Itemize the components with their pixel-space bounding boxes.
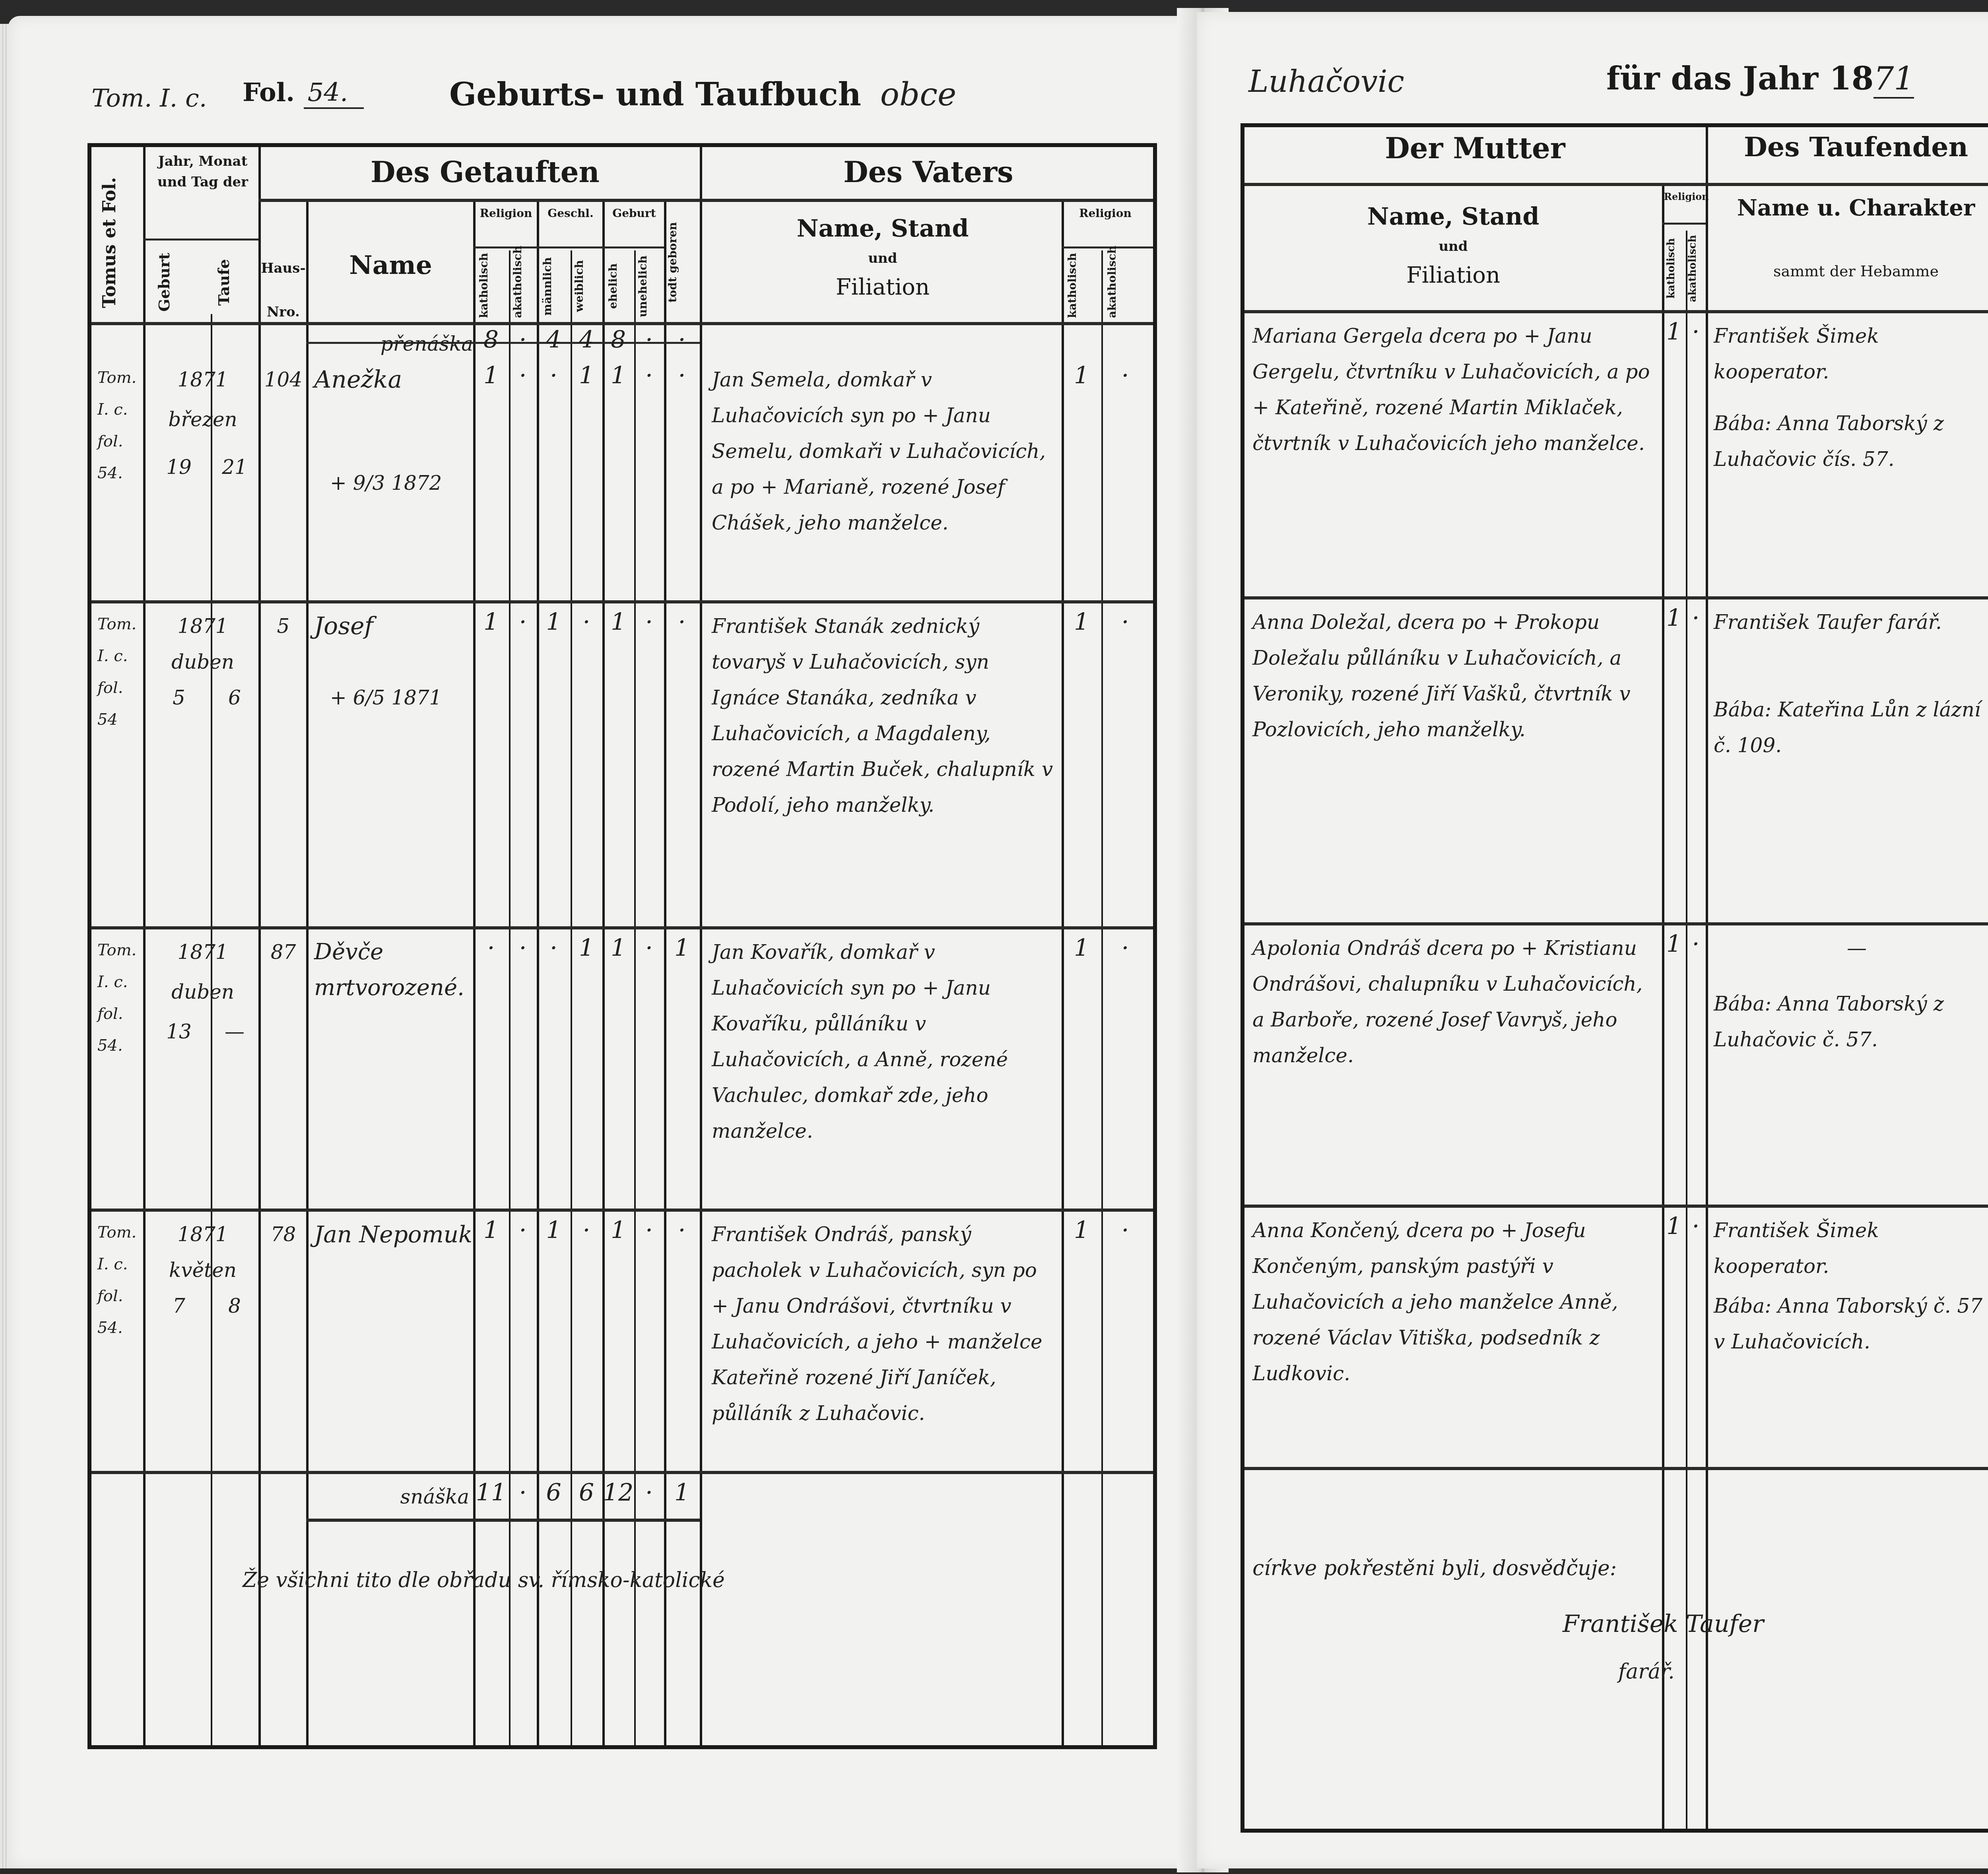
entry-weiblich: · bbox=[571, 608, 602, 636]
entry-year: 1871 bbox=[147, 608, 258, 644]
col-taufe-date: Taufe bbox=[215, 246, 258, 318]
entry-ehelich: 1 bbox=[602, 934, 634, 962]
carryover-todt: · bbox=[664, 326, 700, 354]
entry-midwife: Bába: Anna Taborský z Luhačovic č. 57. bbox=[1714, 986, 1988, 1057]
entry-weiblich: · bbox=[571, 1216, 602, 1244]
entry-akatholisch: · bbox=[509, 362, 537, 390]
col-group-der-mutter: Der Mutter bbox=[1244, 131, 1706, 165]
col-vater-und: und bbox=[704, 250, 1062, 266]
col-vater-filiation: Filiation bbox=[704, 274, 1062, 300]
header-title: Geburts- und Taufbuch obce bbox=[449, 76, 956, 113]
entry-child-name: Děvče mrtvorozené. bbox=[314, 934, 469, 1006]
entry-weiblich: 1 bbox=[571, 934, 602, 962]
entry-tomus: Tom. I. c. fol. 54. bbox=[97, 1216, 141, 1344]
place-name: Luhačovic bbox=[1248, 64, 1404, 99]
totals-label: snáška bbox=[314, 1479, 469, 1515]
entry-baptism-day: 8 bbox=[211, 1288, 258, 1324]
col-mutter-filiation: Filiation bbox=[1244, 262, 1662, 288]
closing-statement-right: církve pokřestěni byli, dosvědčuje: bbox=[1252, 1550, 1889, 1586]
carryover-ehelich: 8 bbox=[602, 326, 634, 354]
entry-unehelich: · bbox=[634, 608, 664, 636]
fol-label: Fol. bbox=[243, 78, 295, 107]
entry-maennlich: 1 bbox=[537, 1216, 571, 1244]
entry-mother-katholisch: 1 bbox=[1662, 930, 1686, 958]
entry-birth-day: 19 bbox=[147, 449, 211, 485]
entry-midwife: Bába: Kateřina Lůn z lázní č. 109. bbox=[1714, 692, 1988, 763]
title-suffix: obce bbox=[880, 76, 957, 113]
entry-tomus: Tom. I. c. fol. 54. bbox=[97, 362, 141, 489]
totals-akatholisch: · bbox=[509, 1479, 537, 1507]
col-mutter-religion: Religion bbox=[1664, 191, 1706, 202]
col-religion: Religion bbox=[475, 207, 537, 220]
totals-weiblich: 6 bbox=[571, 1479, 602, 1507]
col-maennlich: männlich bbox=[541, 254, 571, 318]
entry-mother-katholisch: 1 bbox=[1662, 318, 1686, 346]
entry-birth-day: 5 bbox=[147, 680, 211, 716]
col-geburt-date: Geburt bbox=[155, 246, 203, 318]
open-register-book: Tom. I. c. Fol. 54. Geburts- und Taufbuc… bbox=[0, 0, 1988, 1874]
entry-house-no: 104 bbox=[260, 362, 306, 398]
col-akatholisch: akatholisch bbox=[511, 254, 537, 318]
entry-year: 1871 bbox=[147, 362, 258, 398]
header-year-title: für das Jahr 1871 bbox=[1606, 60, 1914, 97]
entry-mother-katholisch: 1 bbox=[1662, 604, 1686, 632]
entry-baptism-day: — bbox=[211, 1014, 258, 1050]
entry-todt: 1 bbox=[664, 934, 700, 962]
col-katholisch: katholisch bbox=[477, 254, 507, 318]
entry-child-name: Anežka bbox=[314, 362, 473, 398]
entry-house-no: 5 bbox=[260, 608, 306, 644]
entry-mother-akatholisch: · bbox=[1686, 930, 1706, 958]
entry-birth-day: 13 bbox=[147, 1014, 211, 1050]
entry-year: 1871 bbox=[147, 1216, 258, 1252]
entry-unehelich: · bbox=[634, 362, 664, 390]
entry-mother-akatholisch: · bbox=[1686, 1212, 1706, 1240]
entry-father-katholisch: 1 bbox=[1062, 362, 1101, 390]
year-value: 71 bbox=[1873, 60, 1914, 99]
entry-katholisch: 1 bbox=[473, 608, 509, 636]
entry-mother-katholisch: 1 bbox=[1662, 1212, 1686, 1240]
closing-statement-left: Že všichni tito dle obřadu sv. římsko-ka… bbox=[243, 1562, 1117, 1598]
entry-maennlich: · bbox=[537, 362, 571, 390]
entry-mother: Anna Doležal, dcera po + Prokopu Doležal… bbox=[1252, 604, 1658, 747]
entry-ehelich: 1 bbox=[602, 608, 634, 636]
entry-tomus: Tom. I. c. fol. 54 bbox=[97, 608, 141, 735]
header-tomus: Tom. I. c. bbox=[91, 83, 207, 113]
entry-mother: Anna Končený, dcera po + Josefu Končeným… bbox=[1252, 1212, 1658, 1391]
entry-unehelich: · bbox=[634, 1216, 664, 1244]
entry-maennlich: · bbox=[537, 934, 571, 962]
entry-unehelich: · bbox=[634, 934, 664, 962]
entry-todt: · bbox=[664, 362, 700, 390]
col-vater-name-stand: Name, Stand bbox=[704, 215, 1062, 242]
entry-month: květen bbox=[147, 1252, 258, 1288]
col-name-u-charakter: Name u. Charakter bbox=[1708, 195, 1988, 221]
entry-father-akatholisch: · bbox=[1101, 934, 1149, 962]
col-vater-akatholisch: akatholisch bbox=[1105, 254, 1145, 318]
entry-katholisch: 1 bbox=[473, 1216, 509, 1244]
entry-father: František Ondráš, panský pacholek v Luha… bbox=[712, 1216, 1058, 1431]
entry-birth-day: 7 bbox=[147, 1288, 211, 1324]
entry-house-no: 78 bbox=[260, 1216, 306, 1252]
carryover-maennlich: 4 bbox=[537, 326, 571, 354]
right-table: Der Mutter Name, Stand und Filiation Rel… bbox=[1241, 123, 1988, 1833]
col-tomus-et-fol: Tomus et Fol. bbox=[99, 171, 139, 314]
carryover-unehelich: · bbox=[634, 326, 664, 354]
col-jahr-monat-tag: Jahr, Monat und Tag der bbox=[147, 151, 258, 192]
entry-todt: · bbox=[664, 1216, 700, 1244]
entry-father-katholisch: 1 bbox=[1062, 608, 1101, 636]
entry-mother-akatholisch: · bbox=[1686, 318, 1706, 346]
totals-maennlich: 6 bbox=[537, 1479, 571, 1507]
col-unehelich: unehelich bbox=[636, 254, 664, 318]
entry-month: duben bbox=[147, 974, 258, 1010]
col-geburt-legitimacy: Geburt bbox=[604, 207, 664, 220]
col-name: Name bbox=[308, 250, 473, 280]
fol-number: 54. bbox=[304, 78, 364, 109]
carryover-akatholisch: · bbox=[509, 326, 537, 354]
entry-mother-akatholisch: · bbox=[1686, 604, 1706, 632]
entry-year: 1871 bbox=[147, 934, 258, 970]
entry-father-akatholisch: · bbox=[1101, 362, 1149, 390]
entry-baptizer: František Taufer farář. bbox=[1714, 604, 1988, 640]
entry-child-name: Jan Nepomuk bbox=[314, 1216, 473, 1252]
entry-baptizer: — bbox=[1714, 930, 1988, 966]
pastor-signature: František Taufer bbox=[1563, 1606, 1841, 1642]
entry-father: Jan Semela, domkař v Luhačovicích syn po… bbox=[712, 362, 1058, 541]
col-geschlecht: Geschl. bbox=[539, 207, 602, 220]
tomus-label: Tom. I. c. bbox=[91, 83, 207, 113]
entry-todt: · bbox=[664, 608, 700, 636]
col-group-des-getauften: Des Getauften bbox=[306, 155, 664, 189]
entry-akatholisch: · bbox=[509, 934, 537, 962]
col-vater-religion: Religion bbox=[1064, 207, 1147, 220]
entry-akatholisch: · bbox=[509, 608, 537, 636]
year-title: für das Jahr 18 bbox=[1606, 60, 1873, 97]
col-group-des-vaters: Des Vaters bbox=[704, 155, 1153, 189]
col-vater-katholisch: katholisch bbox=[1066, 254, 1101, 318]
entry-baptism-day: 6 bbox=[211, 680, 258, 716]
col-todt-geboren: todt geboren bbox=[666, 207, 700, 318]
col-weiblich: weiblich bbox=[573, 254, 602, 318]
entry-midwife: Bába: Anna Taborský z Luhačovic čís. 57. bbox=[1714, 405, 1988, 477]
col-ehelich: ehelich bbox=[606, 254, 634, 318]
entry-father: Jan Kovařík, domkař v Luhačovicích syn p… bbox=[712, 934, 1058, 1149]
entry-weiblich: 1 bbox=[571, 362, 602, 390]
entry-katholisch: 1 bbox=[473, 362, 509, 390]
left-page: Tom. I. c. Fol. 54. Geburts- und Taufbuc… bbox=[8, 16, 1197, 1868]
entry-father: František Stanák zednický tovaryš v Luha… bbox=[712, 608, 1058, 823]
col-haus-nro: Haus-Nro. bbox=[260, 246, 306, 334]
totals-katholisch: 11 bbox=[473, 1479, 509, 1507]
carryover-katholisch: 8 bbox=[473, 326, 509, 354]
entry-baptism-day: 21 bbox=[211, 449, 258, 485]
col-sammt-der-hebamme: sammt der Hebamme bbox=[1708, 262, 1988, 280]
entry-maennlich: 1 bbox=[537, 608, 571, 636]
entry-mother: Mariana Gergela dcera po + Janu Gergelu,… bbox=[1252, 318, 1658, 461]
col-mutter-name-stand: Name, Stand bbox=[1244, 203, 1662, 231]
entry-baptizer: František Šimek kooperator. bbox=[1714, 1212, 1988, 1284]
col-group-des-taufenden: Des Taufenden bbox=[1708, 131, 1988, 163]
totals-ehelich: 12 bbox=[602, 1479, 634, 1507]
entry-father-akatholisch: · bbox=[1101, 1216, 1149, 1244]
entry-house-no: 87 bbox=[260, 934, 306, 970]
entry-death-note: + 6/5 1871 bbox=[330, 680, 473, 716]
carryover-weiblich: 4 bbox=[571, 326, 602, 354]
entry-akatholisch: · bbox=[509, 1216, 537, 1244]
entry-tomus: Tom. I. c. fol. 54. bbox=[97, 934, 141, 1061]
entry-month: březen bbox=[147, 402, 258, 437]
totals-unehelich: · bbox=[634, 1479, 664, 1507]
entry-father-katholisch: 1 bbox=[1062, 1216, 1101, 1244]
register-title: Geburts- und Taufbuch bbox=[449, 76, 861, 113]
entry-midwife: Bába: Anna Taborský č. 57 v Luhačovicích… bbox=[1714, 1288, 1988, 1360]
right-page: Luhačovic für das Jahr 1871 Der Mutter N… bbox=[1197, 12, 1988, 1868]
entry-ehelich: 1 bbox=[602, 362, 634, 390]
col-mutter-akatholisch: akatholisch bbox=[1687, 231, 1706, 306]
col-mutter-und: und bbox=[1244, 239, 1662, 254]
entry-baptizer: František Šimek kooperator. bbox=[1714, 318, 1988, 390]
entry-child-name: Josef bbox=[314, 608, 473, 644]
entry-father-akatholisch: · bbox=[1101, 608, 1149, 636]
pastor-title: farář. bbox=[1618, 1654, 1777, 1690]
col-mutter-katholisch: katholisch bbox=[1665, 231, 1685, 306]
entry-father-katholisch: 1 bbox=[1062, 934, 1101, 962]
entry-ehelich: 1 bbox=[602, 1216, 634, 1244]
left-table: Tomus et Fol. Jahr, Monat und Tag der Ge… bbox=[87, 143, 1157, 1749]
entry-mother: Apolonia Ondráš dcera po + Kristianu Ond… bbox=[1252, 930, 1658, 1073]
entry-katholisch: · bbox=[473, 934, 509, 962]
entry-month: duben bbox=[147, 644, 258, 680]
totals-todt: 1 bbox=[664, 1479, 700, 1507]
entry-death-note: + 9/3 1872 bbox=[330, 465, 473, 501]
carryover-label: přenáška bbox=[314, 326, 473, 362]
header-fol: Fol. 54. bbox=[243, 78, 364, 107]
